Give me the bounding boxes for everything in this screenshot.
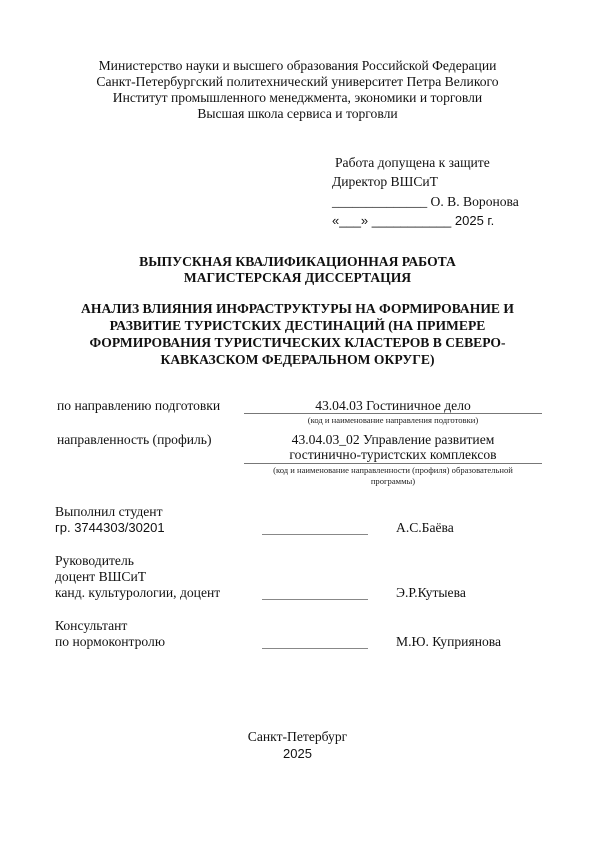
consultant-role: Консультант [55, 618, 165, 634]
supervisor-position: доцент ВШСиТ [55, 569, 220, 585]
direction-value: 43.04.03 Гостиничное дело [244, 398, 542, 414]
approval-date-line: «___» ___________ 2025 г. [332, 211, 519, 230]
ministry-name: Министерство науки и высшего образования… [0, 58, 595, 74]
approval-admitted: Работа допущена к защите [332, 153, 519, 172]
profile-caption-line-2: программы) [244, 476, 542, 487]
school-name: Высшая школа сервиса и торговли [0, 106, 595, 122]
work-type-line-1: ВЫПУСКНАЯ КВАЛИФИКАЦИОННАЯ РАБОТА [0, 254, 595, 270]
supervisor-name: Э.Р.Кутыева [396, 585, 466, 601]
work-type-line-2: МАГИСТЕРСКАЯ ДИССЕРТАЦИЯ [0, 270, 595, 286]
footer-city: Санкт-Петербург [0, 728, 595, 745]
profile-caption-line-1: (код и наименование направленности (проф… [244, 465, 542, 476]
student-block: Выполнил студент гр. 3744303/30201 [55, 504, 165, 536]
direction-caption: (код и наименование направления подготов… [244, 415, 542, 426]
thesis-title-line: ФОРМИРОВАНИЯ ТУРИСТИЧЕСКИХ КЛАСТЕРОВ В С… [0, 334, 595, 351]
profile-underline [244, 463, 542, 464]
supervisor-role: Руководитель [55, 553, 220, 569]
footer-year: 2025 [0, 745, 595, 762]
profile-value-line-2: гостинично-туристских комплексов [244, 447, 542, 463]
direction-underline [244, 413, 542, 414]
approval-director-signature: ______________ О. В. Воронова [332, 192, 519, 211]
profile-label: направленность (профиль) [57, 432, 212, 448]
consultant-area: по нормоконтролю [55, 634, 165, 650]
consultant-signature-line [262, 648, 368, 649]
footer: Санкт-Петербург 2025 [0, 728, 595, 762]
student-name: А.С.Баёва [396, 520, 454, 536]
direction-label: по направлению подготовки [57, 398, 220, 414]
thesis-title-line: РАЗВИТИЕ ТУРИСТСКИХ ДЕСТИНАЦИЙ (НА ПРИМЕ… [0, 317, 595, 334]
student-role: Выполнил студент [55, 504, 165, 520]
approval-block: Работа допущена к защите Директор ВШСиТ … [332, 153, 519, 230]
thesis-title-line: КАВКАЗСКОМ ФЕДЕРАЛЬНОМ ОКРУГЕ) [0, 351, 595, 368]
thesis-title: АНАЛИЗ ВЛИЯНИЯ ИНФРАСТРУКТУРЫ НА ФОРМИРО… [0, 300, 595, 368]
supervisor-block: Руководитель доцент ВШСиТ канд. культуро… [55, 553, 220, 601]
supervisor-signature-line [262, 599, 368, 600]
consultant-block: Консультант по нормоконтролю [55, 618, 165, 650]
student-signature-line [262, 534, 368, 535]
work-type: ВЫПУСКНАЯ КВАЛИФИКАЦИОННАЯ РАБОТА МАГИСТ… [0, 254, 595, 286]
student-group: гр. 3744303/30201 [55, 520, 165, 536]
thesis-title-line: АНАЛИЗ ВЛИЯНИЯ ИНФРАСТРУКТУРЫ НА ФОРМИРО… [0, 300, 595, 317]
consultant-name: М.Ю. Куприянова [396, 634, 501, 650]
profile-value-line-1: 43.04.03_02 Управление развитием [244, 432, 542, 448]
supervisor-degree: канд. культурологии, доцент [55, 585, 220, 601]
institute-name: Институт промышленного менеджмента, экон… [0, 90, 595, 106]
university-name: Санкт-Петербургский политехнический унив… [0, 74, 595, 90]
approval-position: Директор ВШСиТ [332, 172, 519, 191]
institution-header: Министерство науки и высшего образования… [0, 58, 595, 122]
